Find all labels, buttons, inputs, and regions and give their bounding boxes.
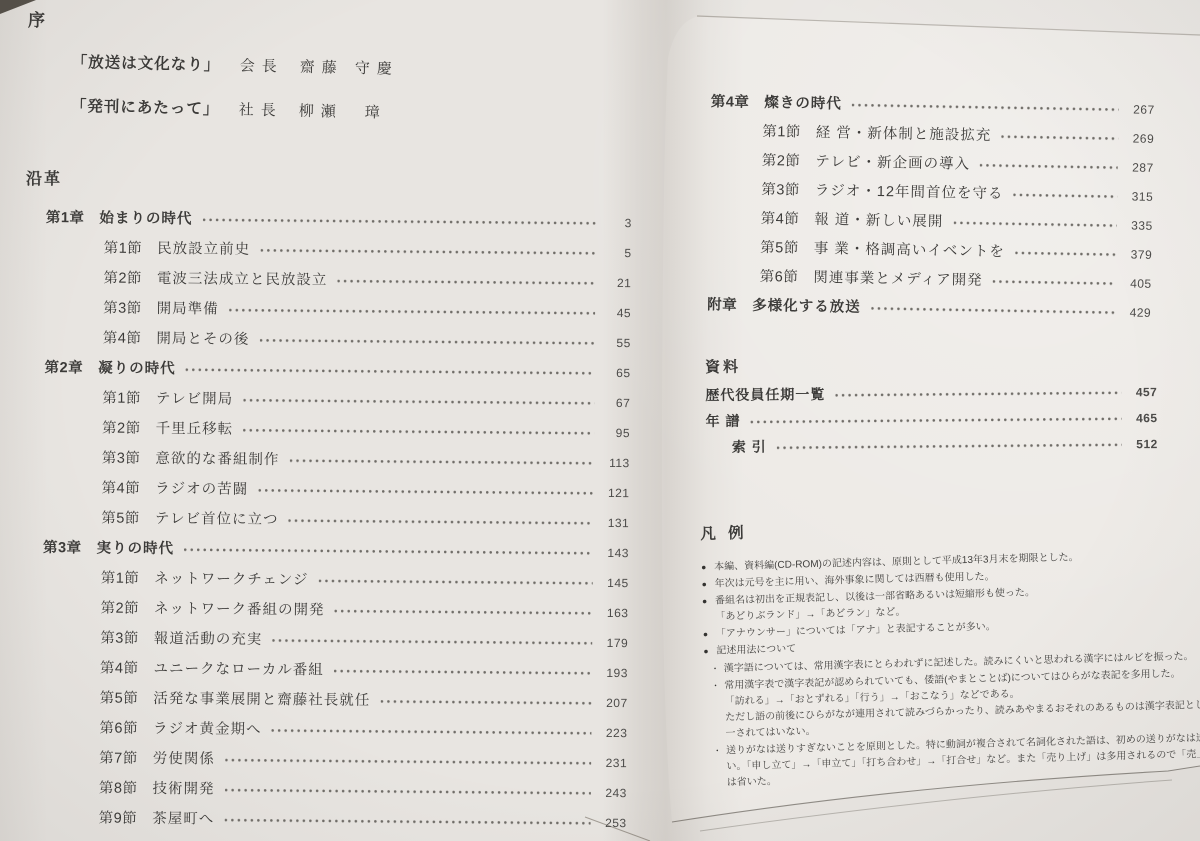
toc-entry-label: 第3節: [100, 627, 139, 648]
dotted-leader: [289, 512, 594, 527]
shiryo-item-title: 歴代役員任期一覧: [705, 384, 825, 405]
toc-page-number: 5: [602, 246, 632, 260]
dotted-leader: [289, 452, 594, 467]
preface-title: 「放送は文化なり」: [72, 50, 240, 76]
bullet-marker: ●: [701, 576, 714, 592]
shiryo-item: 索 引512: [706, 433, 1158, 463]
bullet-marker: ●: [701, 559, 714, 575]
toc-entry-title: 報 道・新しい展開: [814, 208, 943, 231]
toc-entry-title: 開局とその後: [156, 327, 249, 349]
toc-page-number: 429: [1121, 305, 1151, 320]
dotted-leader: [243, 392, 594, 407]
dotted-leader: [186, 361, 595, 377]
toc-entry-title: ユニークなローカル番組: [153, 657, 323, 679]
hanrei-line-text: 一されてはいない。: [725, 724, 815, 742]
toc-entry-title: ラジオの苦闘: [155, 477, 248, 499]
toc-page-number: 465: [1127, 411, 1157, 425]
toc-entry-title: 実りの時代: [97, 537, 175, 559]
toc-entry-label: 第4章: [711, 90, 750, 112]
dotted-leader: [202, 211, 596, 226]
toc-page-number: 315: [1123, 189, 1153, 204]
dotted-leader: [258, 482, 594, 497]
bullet-marker: ●: [703, 626, 716, 642]
toc-page-number: 267: [1125, 102, 1155, 117]
hanrei-line-text: は省いた。: [727, 774, 777, 791]
history-heading: 沿革: [26, 166, 62, 189]
toc-page-number: 95: [600, 426, 630, 440]
toc-entry-title: ラジオ黄金期へ: [153, 717, 262, 739]
preface-role: 会長: [240, 55, 284, 77]
toc-entry-title: 千里丘移転: [156, 417, 234, 439]
toc-page-number: 207: [598, 696, 628, 710]
toc-entry-label: 第1節: [102, 387, 141, 408]
toc-entry-title: 労使関係: [153, 747, 215, 769]
dotted-leader: [1013, 186, 1117, 200]
toc-page-number: 121: [599, 486, 629, 500]
preface-name: 柳瀬 璋: [299, 100, 387, 123]
dotted-leader: [271, 722, 591, 737]
preface-name: 齋藤 守慶: [300, 56, 400, 79]
toc-entry-title: 凝りの時代: [98, 357, 176, 379]
book-photo: { "colors":{"paper_left":"#e8e5e1","pape…: [0, 0, 1200, 841]
dotted-leader: [225, 752, 592, 767]
toc-entry-label: 第2節: [100, 597, 139, 618]
toc-right: 第4章燦きの時代267第1節経 営・新体制と施設拡充269第2節テレビ・新企画の…: [701, 90, 1155, 330]
dotted-leader: [1001, 128, 1118, 142]
toc-entry-label: 第7節: [99, 747, 138, 768]
dotted-leader: [224, 812, 591, 827]
shiryo-item: 歴代役員任期一覧457: [705, 381, 1157, 411]
toc-entry-label: 第6節: [760, 265, 799, 287]
dotted-leader: [337, 273, 595, 287]
dotted-leader: [380, 693, 592, 707]
shiryo-item-title: 年 譜: [705, 411, 740, 431]
toc-entry-title: ラジオ・12年間首位を守る: [815, 179, 1004, 203]
toc-entry-title: 経 営・新体制と施設拡充: [816, 121, 992, 145]
dotted-leader: [260, 242, 596, 257]
toc-entry-title: 活発な事業展開と齋藤社長就任: [153, 687, 370, 710]
toc-entry-title: 事 業・格調高いイベントを: [814, 237, 1005, 261]
toc-page-number: 287: [1124, 160, 1154, 175]
dotted-leader: [852, 97, 1119, 114]
hanrei-section: 凡 例 ●本編、資料編(CD-ROM)の記述内容は、原則として平成13年3月末を…: [700, 509, 1199, 792]
toc-entry-label: 第4節: [101, 477, 140, 498]
toc-page-number: 512: [1128, 437, 1158, 451]
toc-entry-label: 第4節: [761, 207, 800, 229]
dotted-leader: [953, 214, 1117, 229]
toc-entry-label: 第3節: [103, 297, 142, 318]
toc-page-number: 179: [598, 636, 628, 650]
shiryo-item: 年 譜465: [705, 407, 1157, 437]
toc-entry-title: 民放設立前史: [157, 237, 250, 259]
toc-entry-label: 第3章: [43, 536, 82, 557]
dotted-leader: [335, 603, 593, 617]
toc-page-number: 67: [600, 396, 630, 410]
toc-entry-label: 第2章: [45, 356, 84, 377]
toc-entry-title: 開局準備: [157, 297, 219, 319]
toc-entry-label: 第5節: [101, 507, 140, 528]
toc-entry-title: 技術開発: [152, 777, 214, 799]
preface-row: 「発刊にあたって」 社長 柳瀬 璋: [70, 94, 398, 131]
toc-row: 第9節茶屋町へ253: [35, 806, 627, 841]
dotted-leader: [224, 782, 591, 797]
toc-page-number: 243: [597, 786, 627, 800]
toc-entry-title: 意欲的な番組制作: [155, 447, 279, 469]
dotted-leader: [750, 410, 1121, 425]
bullet-marker: ●: [702, 593, 715, 609]
toc-entry-label: 第1節: [101, 567, 140, 588]
toc-page-number: 55: [601, 336, 631, 350]
toc-page-number: 131: [599, 516, 629, 530]
preface-role: 社長: [239, 99, 283, 121]
toc-entry-label: 附章: [707, 293, 737, 315]
toc-entry-label: 第1章: [46, 206, 85, 227]
shiryo-heading: 資料: [705, 352, 1157, 377]
toc-entry-title: テレビ開局: [156, 387, 233, 409]
toc-page-number: 193: [598, 666, 628, 680]
preface-title: 「発刊にあたって」: [71, 94, 239, 120]
toc-entry-label: 第2節: [762, 149, 801, 171]
dotted-leader: [259, 332, 595, 347]
toc-entry-label: 第1節: [104, 237, 143, 258]
toc-entry-title: 関連事業とメディア開発: [813, 266, 983, 290]
toc-entry-title: 多様化する放送: [752, 294, 861, 317]
toc-entry-label: 第8節: [99, 777, 138, 798]
hanrei-heading: 凡 例: [700, 509, 1192, 544]
toc-entry-title: 茶屋町へ: [152, 807, 214, 829]
toc-entry-title: 報道活動の充実: [154, 627, 263, 649]
toc-page-number: 231: [597, 756, 627, 770]
dotted-leader: [272, 632, 592, 647]
shiryo-section: 資料 歴代役員任期一覧457年 譜465索 引512: [705, 352, 1158, 463]
toc-page-number: 269: [1124, 131, 1154, 146]
toc-page-number: 379: [1122, 247, 1152, 262]
dotted-leader: [777, 436, 1122, 451]
toc-page-number: 45: [601, 306, 631, 320]
toc-entry-label: 第3節: [102, 447, 141, 468]
toc-entry-label: 第2節: [103, 267, 142, 288]
toc-entry-title: 始まりの時代: [99, 207, 192, 229]
dotted-leader: [229, 302, 596, 317]
dotted-leader: [871, 300, 1116, 316]
shiryo-item-title: 索 引: [732, 436, 767, 456]
dotted-leader: [243, 422, 594, 437]
dotted-leader: [318, 572, 592, 586]
toc-entry-label: 第1節: [762, 120, 801, 142]
toc-page-number: 21: [601, 276, 631, 290]
dotted-leader: [993, 273, 1116, 287]
dotted-leader: [835, 384, 1121, 398]
preface-row: 「放送は文化なり」 会長 齋藤 守慶: [71, 50, 399, 87]
toc-entry-label: 第6節: [99, 717, 138, 738]
toc-entry-label: 第4節: [103, 327, 142, 348]
toc-left: 第1章始まりの時代3第1節民放設立前史5第2節電波三法成立と民放設立21第3節開…: [35, 206, 632, 841]
toc-page-number: 3: [602, 216, 632, 230]
toc-entry-label: 第5節: [100, 687, 139, 708]
bullet-marker: ・: [711, 660, 724, 676]
toc-page-number: 253: [597, 816, 627, 830]
dotted-leader: [334, 663, 592, 677]
dotted-leader: [980, 157, 1118, 171]
toc-entry-label: 第5節: [760, 236, 799, 258]
toc-entry-label: 第4節: [100, 657, 139, 678]
toc-page-number: 113: [600, 456, 630, 470]
toc-entry-title: 燦きの時代: [764, 91, 842, 113]
toc-page-number: 143: [599, 546, 629, 560]
dotted-leader: [1015, 244, 1117, 258]
toc-entry-label: 第3節: [761, 178, 800, 200]
toc-entry-title: テレビ首位に立つ: [155, 507, 279, 529]
toc-entry-title: テレビ・新企画の導入: [815, 150, 970, 174]
toc-entry-label: 第2節: [102, 417, 141, 438]
hanrei-line-text: 記述用法について: [716, 642, 796, 660]
toc-entry-title: 電波三法成立と民放設立: [157, 267, 328, 289]
toc-entry-title: ネットワークチェンジ: [154, 567, 308, 589]
preface-section: 「放送は文化なり」 会長 齋藤 守慶 「発刊にあたって」 社長 柳瀬 璋: [70, 50, 399, 145]
toc-page-number: 163: [598, 606, 628, 620]
toc-entry-label: 第9節: [99, 807, 138, 828]
hanrei-lines: ●本編、資料編(CD-ROM)の記述内容は、原則として平成13年3月末を期限とし…: [701, 546, 1199, 792]
right-page-top-edge: [697, 16, 1200, 35]
toc-page-number: 457: [1127, 385, 1157, 399]
toc-page-number: 405: [1122, 276, 1152, 291]
preface-heading: 序: [28, 6, 47, 31]
toc-entry-title: ネットワーク番組の開発: [154, 597, 325, 619]
toc-page-number: 145: [599, 576, 629, 590]
bullet-marker: ●: [703, 643, 716, 659]
dotted-leader: [184, 541, 593, 557]
toc-page-number: 335: [1123, 218, 1153, 233]
bullet-marker: ・: [713, 742, 726, 758]
shiryo-items: 歴代役員任期一覧457年 譜465索 引512: [705, 381, 1158, 463]
bullet-marker: ・: [711, 677, 724, 693]
toc-page-number: 223: [597, 726, 627, 740]
toc-page-number: 65: [601, 366, 631, 380]
